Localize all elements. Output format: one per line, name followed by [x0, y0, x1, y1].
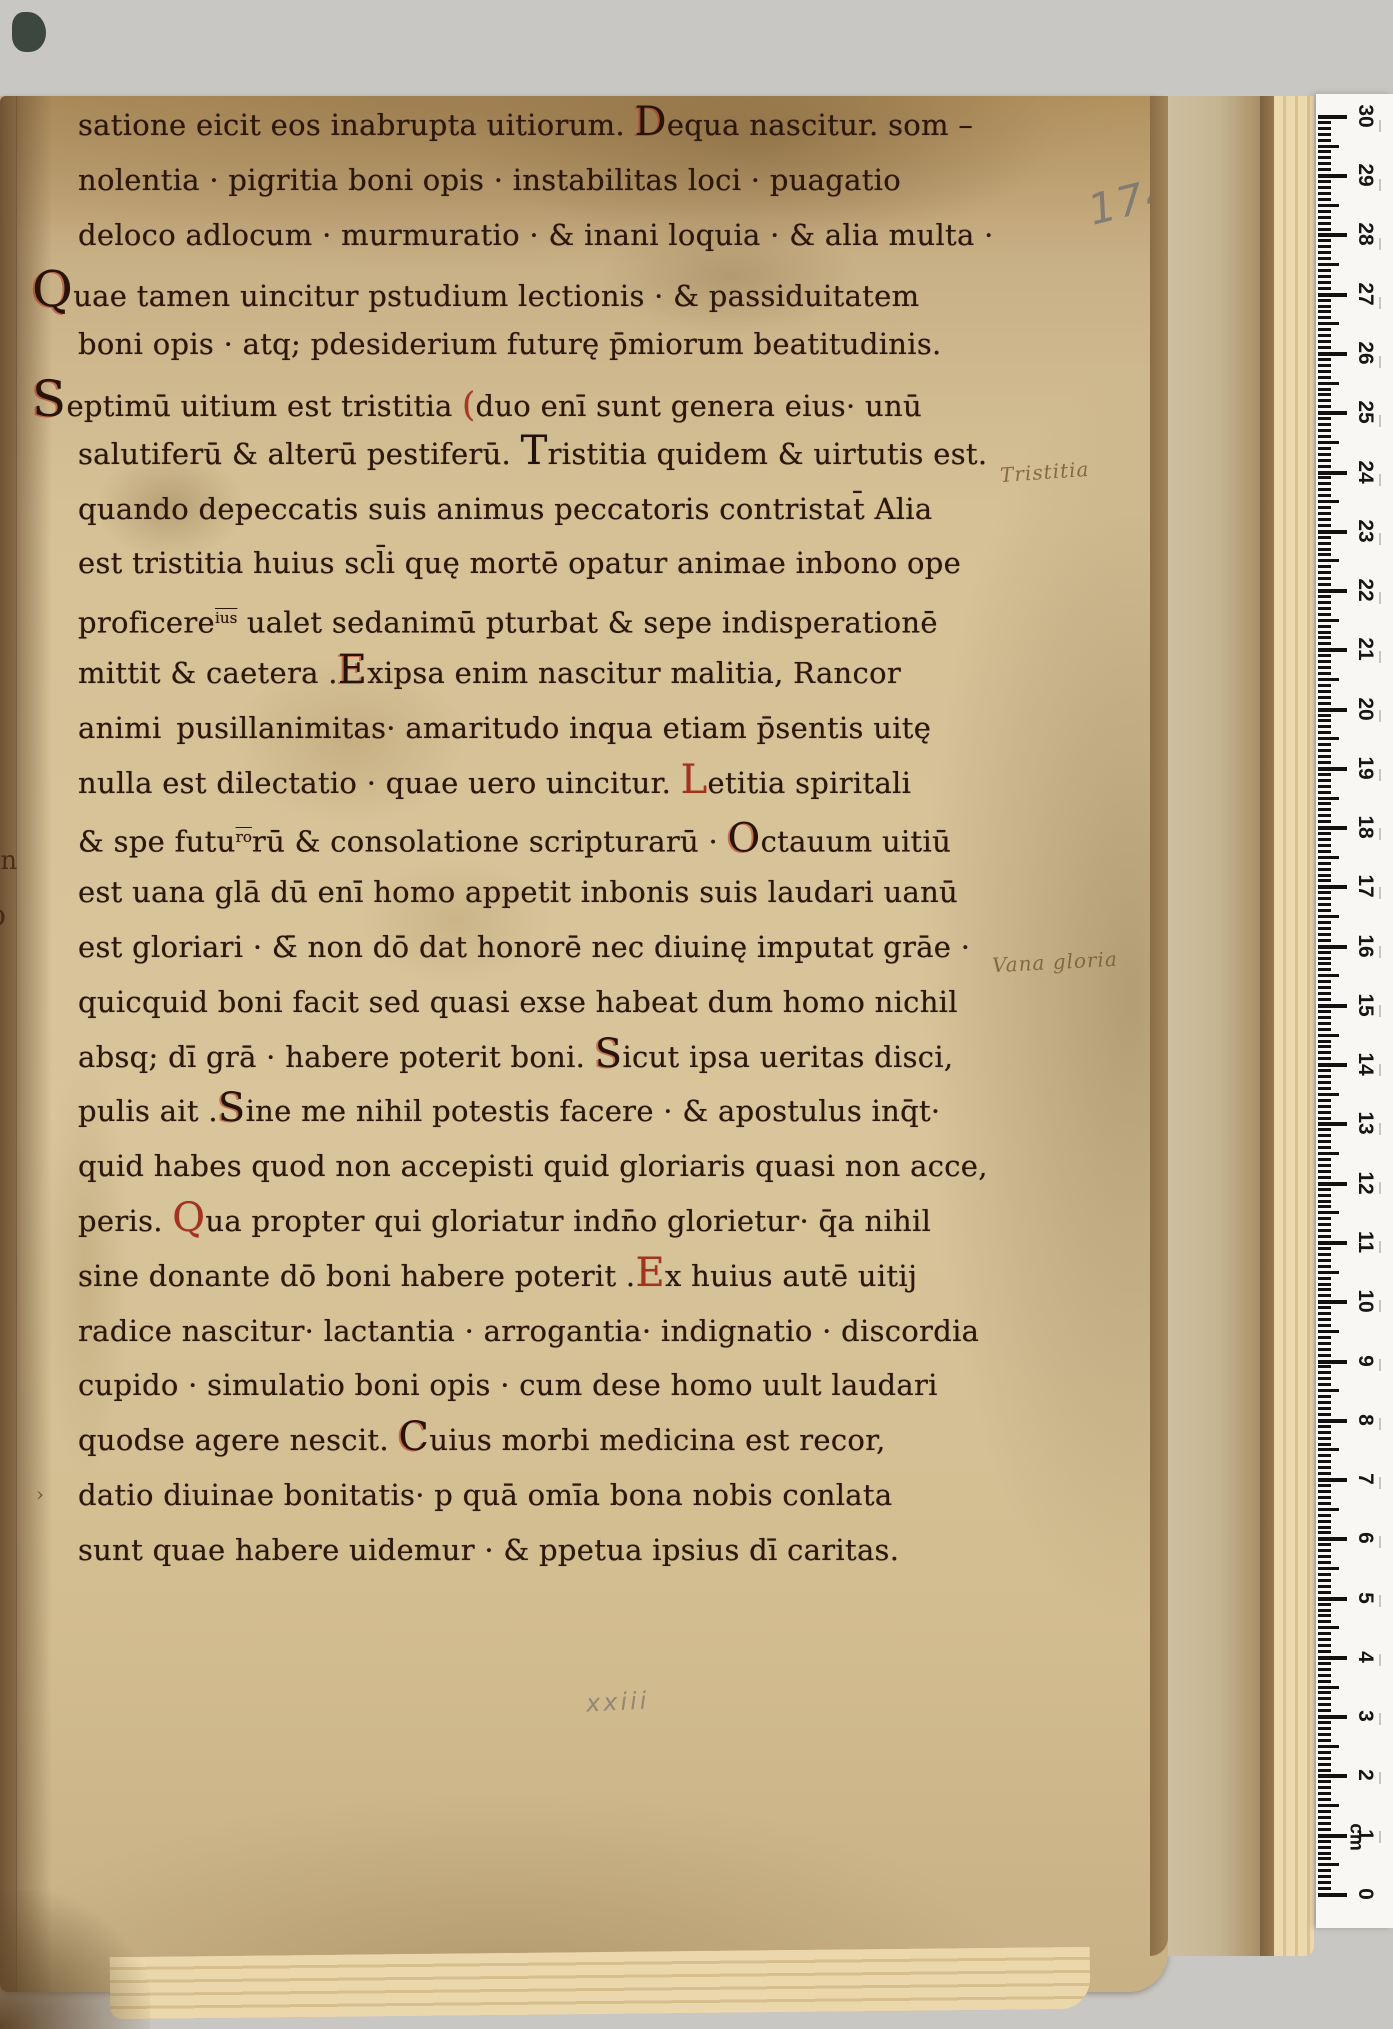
ruler-tick: [1318, 1028, 1331, 1031]
ruler-tick: [1318, 405, 1331, 408]
decorated-initial: S: [218, 1085, 246, 1131]
ruler-tick: [1318, 885, 1347, 889]
ruler-tick: [1318, 891, 1331, 894]
ruler-tick: [1318, 636, 1331, 639]
ruler-tick: [1318, 672, 1331, 675]
ruler-tick: [1318, 222, 1331, 225]
ruler-tick: [1318, 802, 1331, 805]
ruler-tick: [1318, 939, 1331, 942]
ruler-tick: [1318, 595, 1331, 598]
ruler-tick: [1318, 174, 1347, 178]
ruler-number: 23: [1352, 516, 1378, 546]
ruler-tick: [1318, 1128, 1331, 1131]
page-edge-strip: [1150, 96, 1168, 1956]
ruler-tick: [1318, 607, 1331, 610]
ruler-tick: [1318, 1804, 1339, 1807]
decorated-initial: E: [635, 1250, 665, 1296]
ruler-tick: [1318, 1152, 1339, 1155]
ruler-tick: [1318, 648, 1347, 652]
ruler-tick: [1318, 1360, 1347, 1364]
manuscript-line: absq; dī grā · habere poterit boni. Sicu…: [78, 1033, 1013, 1088]
ruler-tick: [1318, 1069, 1331, 1072]
manuscript-line: quicquid boni facit sed quasi exse habea…: [78, 978, 1013, 1033]
ruler-tick: [1318, 1348, 1331, 1351]
ruler-tick: [1318, 328, 1331, 331]
ruler-number: 4: [1352, 1642, 1378, 1672]
ruler-number: 25: [1352, 397, 1378, 427]
ruler-tick: [1318, 1585, 1331, 1588]
ruler-tick: [1318, 1852, 1331, 1855]
ruler-tick: [1318, 1117, 1331, 1120]
ruler-tick: [1318, 749, 1331, 752]
ruler-tick: [1318, 1531, 1331, 1534]
ruler-tick: [1318, 1514, 1331, 1517]
decorated-initial: E: [338, 647, 368, 693]
ruler-tick: [1318, 1751, 1331, 1754]
manuscript-line: nolentia · pigritia boni opis · instabil…: [78, 156, 1013, 211]
manuscript-line: quodse agere nescit. Cuius morbi medicin…: [78, 1416, 1013, 1471]
ruler-tick: [1318, 642, 1331, 645]
ruler-tick: [1318, 471, 1347, 475]
ruler-tick: [1318, 1087, 1331, 1090]
line-text: ctauum uitiū: [761, 825, 951, 859]
ruler-tick: [1318, 542, 1331, 545]
line-text: proficere: [78, 606, 215, 640]
ruler-tick: [1318, 358, 1331, 361]
ruler-tick: [1318, 1294, 1331, 1297]
ruler-tick: [1318, 1614, 1331, 1617]
manuscript-line: proficereius ualet sedanimū pturbat & se…: [78, 594, 1013, 649]
ruler-tick: [1318, 613, 1331, 616]
ruler-tick: [1318, 1508, 1339, 1511]
ruler-tick: [1318, 714, 1331, 717]
ruler-tick: [1318, 921, 1331, 924]
ruler-tick: [1318, 524, 1331, 527]
ruler-tick: [1318, 1413, 1331, 1416]
ruler-tick: [1318, 797, 1339, 800]
ruler-tick: [1318, 962, 1331, 965]
ruler-tick: [1318, 619, 1339, 622]
ruler-tick: [1318, 429, 1331, 432]
ruler-tick: [1318, 832, 1331, 835]
page-edge-strip: [1168, 96, 1260, 1956]
ruler-tick: [1318, 1774, 1347, 1778]
ruler-tick: [1318, 1075, 1331, 1078]
ruler-tick: [1318, 660, 1331, 663]
ruler-tick: [1318, 1081, 1331, 1084]
ruler-tick: [1318, 1122, 1347, 1126]
ruler-tick: [1318, 1757, 1331, 1760]
ruler-tick: [1318, 1063, 1347, 1067]
ruler-tick: [1318, 737, 1339, 740]
manuscript-line: salutiferū & alterū pestiferū. Tristitia…: [78, 430, 1013, 485]
ruler-tick: [1318, 1235, 1331, 1238]
ruler-tick: [1318, 945, 1347, 949]
ruler-tick: [1318, 1745, 1339, 1748]
gutter-text-fragment: in: [0, 846, 17, 876]
ruler-tick: [1318, 1099, 1331, 1102]
ruler-tick: [1318, 1288, 1331, 1291]
ruler-tick: [1318, 287, 1331, 290]
ruler-tick: [1318, 844, 1331, 847]
ruler-tick: [1318, 447, 1331, 450]
ruler-tick: [1318, 1425, 1331, 1428]
ruler-tick: [1318, 1057, 1331, 1060]
ruler-tick: [1318, 957, 1331, 960]
line-text: salutiferū & alterū pestiferū.: [78, 437, 521, 471]
line-text: eptimū uitium est tristitia: [66, 389, 462, 423]
ruler-tick: [1318, 352, 1347, 356]
ruler-tick: [1318, 459, 1331, 462]
ruler-tick: [1318, 1822, 1331, 1825]
ruler-tick: [1318, 340, 1331, 343]
ruler-tick: [1318, 1620, 1331, 1623]
ruler-tick: [1318, 1840, 1331, 1843]
ruler-tick: [1318, 998, 1331, 1001]
ruler-tick: [1318, 1093, 1339, 1096]
ruler-tick: [1318, 310, 1331, 313]
ruler-tick: [1318, 1283, 1331, 1286]
ruler-tick: [1318, 388, 1331, 391]
ruler-number: 17: [1352, 871, 1378, 901]
ruler-tick: [1318, 879, 1331, 882]
ruler-tick: [1318, 1502, 1331, 1505]
ruler-tick: [1318, 1656, 1347, 1660]
ruler-tick: [1318, 808, 1331, 811]
ruler-number: 10: [1352, 1286, 1378, 1316]
ruler-number: 0: [1352, 1879, 1378, 1909]
ruler-number: 1: [1352, 1820, 1378, 1850]
manuscript-line: Septimū uitium est tristitia (duo enī su…: [78, 375, 1013, 430]
line-text: uius morbi medicina est recor,: [429, 1423, 885, 1457]
ruler-tick: [1318, 1176, 1331, 1179]
ruler-tick: [1318, 1170, 1331, 1173]
decorated-initial: Q: [172, 1195, 205, 1241]
rubric-mark: (: [462, 385, 475, 424]
line-text: est tristitia huius scl̄i quę mortē opat…: [78, 546, 961, 580]
ruler-tick: [1318, 1460, 1331, 1463]
ruler-tick: [1318, 251, 1331, 254]
ruler-tick: [1318, 1798, 1331, 1801]
ruler-tick: [1318, 1259, 1331, 1262]
ruler-tick: [1318, 1383, 1331, 1386]
ruler-tick: [1318, 1354, 1331, 1357]
gutter-text-fragment: o: [0, 898, 6, 933]
ruler-tick: [1318, 1437, 1331, 1440]
ruler-number: 8: [1352, 1405, 1378, 1435]
line-text: ristitia quidem & uirtutis est.: [548, 437, 988, 471]
line-text: est uana glā dū enī homo appetit inbonis…: [78, 875, 958, 909]
ruler-tick: [1318, 1834, 1347, 1838]
ruler-tick: [1318, 156, 1331, 159]
line-text: xipsa enim nascitur malitia, Rancor: [367, 656, 901, 690]
ruler-number: 5: [1352, 1583, 1378, 1613]
manuscript-photo: { "page": { "folio_number": "174", "edge…: [0, 0, 1393, 2029]
ruler-tick: [1318, 820, 1331, 823]
manuscript-line: sine donante dō boni habere poterit .Ex …: [78, 1252, 1013, 1307]
ruler-tick: [1318, 1650, 1331, 1653]
line-text: duo enī sunt genera eius· unū: [475, 389, 921, 423]
ruler-number: 29: [1352, 160, 1378, 190]
ruler-tick: [1318, 210, 1331, 213]
ruler-tick: [1318, 216, 1331, 219]
manuscript-line: est uana glā dū enī homo appetit inbonis…: [78, 868, 1013, 923]
line-text: animi pusillanimitas· amaritudo inqua et…: [78, 711, 931, 745]
ruler-tick: [1318, 180, 1331, 183]
ruler-tick: [1318, 826, 1347, 830]
manuscript-line: mittit & caetera .Exipsa enim nascitur m…: [78, 649, 1013, 704]
manuscript-line: est tristitia huius scl̄i quę mortē opat…: [78, 539, 1013, 594]
ruler-tick: [1318, 684, 1331, 687]
ruler-tick: [1318, 933, 1331, 936]
manuscript-line: satione eicit eos inabrupta uitiorum. De…: [78, 101, 1013, 156]
ruler-tick: [1318, 1632, 1331, 1635]
decorated-initial: O: [728, 816, 761, 862]
ruler-tick: [1318, 1597, 1347, 1601]
ruler-tick: [1318, 1668, 1331, 1671]
ruler-tick: [1318, 553, 1331, 556]
ruler-tick: [1318, 1253, 1331, 1256]
line-text: absq; dī grā · habere poterit boni.: [78, 1040, 595, 1074]
ruler-tick: [1318, 909, 1331, 912]
ruler-tick: [1318, 245, 1331, 248]
ruler-number: 20: [1352, 694, 1378, 724]
manuscript-line: animi pusillanimitas· amaritudo inqua et…: [78, 704, 1013, 759]
ruler-tick: [1318, 1200, 1331, 1203]
line-text: quid habes quod non accepisti quid glori…: [78, 1149, 988, 1183]
ruler-tick: [1318, 856, 1339, 859]
bookmark-fragment: [12, 12, 46, 52]
decorated-initial: T: [521, 428, 548, 474]
ruler-tick: [1318, 121, 1331, 124]
ruler-tick: [1318, 1223, 1331, 1226]
ruler-tick: [1318, 316, 1331, 319]
ruler-tick: [1318, 654, 1331, 657]
ruler-tick: [1318, 814, 1331, 817]
ruler-number: 28: [1352, 219, 1378, 249]
ruler-tick: [1318, 139, 1331, 142]
ruler-tick: [1318, 968, 1331, 971]
ruler-tick: [1318, 1241, 1347, 1245]
ruler-number: 18: [1352, 812, 1378, 842]
line-text: equa nascitur. som: [667, 108, 949, 142]
ruler-tick: [1318, 690, 1331, 693]
ruler-number: 22: [1352, 575, 1378, 605]
ruler-tick: [1318, 779, 1331, 782]
ruler-tick: [1318, 1739, 1331, 1742]
ruler-tick: [1318, 725, 1331, 728]
ruler-number: 24: [1352, 457, 1378, 487]
manuscript-line: sunt quae habere uidemur · & ppetua ipsi…: [78, 1526, 1013, 1581]
ruler-tick: [1318, 162, 1331, 165]
ruler-tick: [1318, 773, 1331, 776]
ruler-tick: [1318, 1407, 1331, 1410]
ruler-tick: [1318, 1490, 1331, 1493]
ruler-tick: [1318, 1140, 1331, 1143]
line-text: est gloriari · &̄ non dō dat honorē nec …: [78, 930, 970, 964]
ruler-tick: [1318, 1395, 1331, 1398]
ruler-number: 14: [1352, 1049, 1378, 1079]
ruler-tick: [1318, 1247, 1331, 1250]
ruler-tick: [1318, 1134, 1331, 1137]
ruler-tick: [1318, 791, 1331, 794]
ruler-tick: [1318, 536, 1331, 539]
ruler-tick: [1318, 1680, 1331, 1683]
line-text: datio diuinae bonitatis· p quā omīa bona…: [78, 1478, 892, 1512]
ruler-tick: [1318, 263, 1339, 266]
ruler-tick: [1318, 785, 1331, 788]
ruler-tick: [1318, 1466, 1331, 1469]
decorated-initial: S: [32, 370, 66, 428]
line-text: radice nascitur· lactantia · arrogantia·…: [78, 1314, 979, 1348]
ruler-tick: [1318, 1182, 1347, 1186]
ruler-tick: [1318, 364, 1331, 367]
ruler-tick: [1318, 186, 1331, 189]
ruler-tick: [1318, 453, 1331, 456]
ruler-tick: [1318, 1010, 1331, 1013]
ruler-tick: [1318, 1691, 1331, 1694]
ruler-tick: [1318, 761, 1331, 764]
ruler-tick: [1318, 1484, 1331, 1487]
ruler-tick: [1318, 1051, 1331, 1054]
ruler-tick: [1318, 897, 1331, 900]
ruler-tick: [1318, 1443, 1331, 1446]
ruler-tick: [1318, 500, 1339, 503]
ruler-tick: [1318, 631, 1331, 634]
ruler-tick: [1318, 862, 1331, 865]
ruler-tick: [1318, 874, 1331, 877]
ruler-tick: [1318, 1555, 1331, 1558]
ruler-tick: [1318, 678, 1339, 681]
ruler-number: 19: [1352, 753, 1378, 783]
ruler-tick: [1318, 1330, 1339, 1333]
line-text: quicquid boni facit sed quasi exse habea…: [78, 985, 958, 1019]
ruler-tick: [1318, 476, 1331, 479]
line-text: quodse agere nescit.: [78, 1423, 398, 1457]
ruler-tick: [1318, 1306, 1331, 1309]
ruler-tick: [1318, 571, 1331, 574]
manuscript-line: peris. Qua propter qui gloriatur indn̄o …: [78, 1197, 1013, 1252]
ruler-tick: [1318, 1419, 1347, 1423]
ruler-tick: [1318, 1662, 1331, 1665]
ruler-tick: [1318, 1478, 1347, 1482]
ruler-tick: [1318, 1780, 1331, 1783]
ruler-tick: [1318, 465, 1331, 468]
ruler-tick: [1318, 1336, 1331, 1339]
ruler-number: 27: [1352, 279, 1378, 309]
ruler-tick: [1318, 1211, 1339, 1214]
ruler-tick: [1318, 666, 1331, 669]
manuscript-line: deloco adlocum · murmuratio · & inani lo…: [78, 211, 1013, 266]
ruler-tick: [1318, 441, 1339, 444]
ruler-tick: [1318, 1271, 1339, 1274]
ruler-tick: [1318, 986, 1331, 989]
ruler-tick: [1318, 1045, 1331, 1048]
manuscript-line: nulla est dilectatio · quae uero uincitu…: [78, 759, 1013, 814]
ruler-tick: [1318, 275, 1331, 278]
ruler-tick: [1318, 1893, 1347, 1897]
manuscript-line: quid habes quod non accepisti quid glori…: [78, 1142, 1013, 1197]
ruler-tick: [1318, 1448, 1339, 1451]
ruler-tick: [1318, 1549, 1331, 1552]
ruler-tick: [1318, 1034, 1339, 1037]
ruler-tick: [1318, 980, 1331, 983]
quire-mark: xxiii: [585, 1686, 650, 1717]
ruler-tick: [1318, 1697, 1331, 1700]
line-text: nulla est dilectatio · quae uero uincitu…: [78, 766, 681, 800]
ruler-tick: [1318, 565, 1331, 568]
manuscript-line: Quae tamen uincitur pstudium lectionis ·…: [78, 265, 1013, 320]
ruler-tick: [1318, 239, 1331, 242]
ruler-tick: [1318, 1638, 1331, 1641]
ruler-tick: [1318, 1644, 1331, 1647]
ruler-tick: [1318, 838, 1331, 841]
ruler-tick: [1318, 731, 1331, 734]
ruler-tick: [1318, 915, 1339, 918]
ruler-number: 16: [1352, 931, 1378, 961]
ruler-tick: [1318, 1158, 1331, 1161]
line-text: & spe futu: [78, 825, 236, 859]
ruler-tick: [1318, 127, 1331, 130]
ruler-tick: [1318, 1146, 1331, 1149]
ruler-number: 11: [1352, 1227, 1378, 1257]
ruler-tick: [1318, 1721, 1331, 1724]
line-text: ua propter qui gloriatur indn̄o glorietu…: [205, 1204, 931, 1238]
ruler-tick: [1318, 1561, 1331, 1564]
line-text: etitia spiritali: [708, 766, 912, 800]
line-text: uae tamen uincitur pstudium lectionis · …: [73, 279, 919, 313]
ruler-tick: [1318, 399, 1331, 402]
ruler-tick: [1318, 1217, 1331, 1220]
ruler-tick: [1318, 1472, 1331, 1475]
ruler-tick: [1318, 1626, 1339, 1629]
ruler-tick: [1318, 435, 1331, 438]
ruler-tick: [1318, 1846, 1331, 1849]
ruler-number: 9: [1352, 1346, 1378, 1376]
ruler-tick: [1318, 1365, 1331, 1368]
ruler-tick: [1318, 1377, 1331, 1380]
ruler-tick: [1318, 1265, 1331, 1268]
ruler-tick: [1318, 1887, 1331, 1890]
line-text: peris.: [78, 1204, 172, 1238]
ruler-number: 6: [1352, 1523, 1378, 1553]
ruler-tick: [1318, 257, 1331, 260]
line-text: cupido · simulatio boni opis · cum dese …: [78, 1368, 938, 1402]
page-edge-strip-cream: [1274, 96, 1314, 1956]
ruler-tick: [1318, 1194, 1331, 1197]
line-text: icut ipsa ueritas disci,: [622, 1040, 953, 1074]
ruler-tick: [1318, 583, 1331, 586]
ruler-tick: [1318, 376, 1331, 379]
ruler-tick: [1318, 269, 1331, 272]
ruler-tick: [1318, 393, 1331, 396]
ruler-number: 13: [1352, 1108, 1378, 1138]
ruler-tick: [1318, 133, 1331, 136]
ruler-tick: [1318, 150, 1331, 153]
ruler-tick: [1318, 1016, 1331, 1019]
decorated-initial: Q: [32, 260, 73, 318]
line-text: ine me nihil potestis facere · & apostul…: [246, 1094, 941, 1128]
ruler-tick: [1318, 346, 1331, 349]
manuscript-line: pulis ait .Sine me nihil potestis facere…: [78, 1087, 1013, 1142]
ruler-tick: [1318, 1229, 1331, 1232]
ruler-tick: [1318, 1205, 1331, 1208]
ruler-tick: [1318, 1543, 1331, 1546]
line-text: ualet sedanimū pturbat & sepe indisperat…: [237, 606, 938, 640]
ruler-number: 15: [1352, 990, 1378, 1020]
ruler-tick: [1318, 1686, 1339, 1689]
ruler-tick: [1318, 927, 1331, 930]
